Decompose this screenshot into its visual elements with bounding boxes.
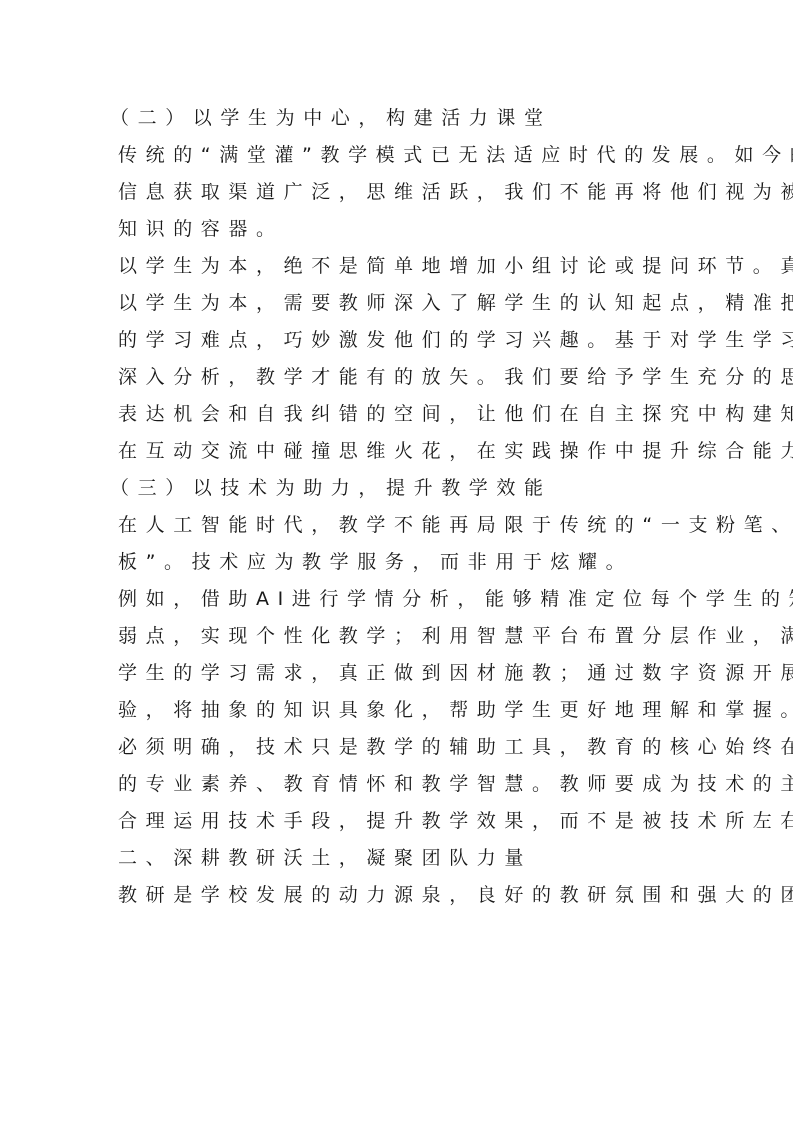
paragraph-line: 学生的学习需求，真正做到因材施教；通过数字资源开展虚拟实 (118, 655, 678, 692)
paragraph-line: 在人工智能时代，教学不能再局限于传统的“一支粉笔、一块黑 (118, 507, 678, 544)
paragraph-line: 以学生为本，绝不是简单地增加小组讨论或提问环节。真正做到 (118, 248, 678, 285)
paragraph-line: 的专业素养、教育情怀和教学智慧。教师要成为技术的主导者， (118, 766, 678, 803)
paragraph-line: 合理运用技术手段，提升教学效果，而不是被技术所左右。 (118, 803, 678, 840)
paragraph-line: 在互动交流中碰撞思维火花，在实践操作中提升综合能力。 (118, 433, 678, 470)
paragraph-line: 必须明确，技术只是教学的辅助工具，教育的核心始终在于教师 (118, 729, 678, 766)
section-heading-2: （二）以学生为中心，构建活力课堂 (110, 100, 678, 137)
section-heading-two: 二、深耕教研沃土，凝聚团队力量 (118, 840, 678, 877)
paragraph-line: 传统的“满堂灌”教学模式已无法适应时代的发展。如今的学生 (118, 137, 678, 174)
paragraph-line: 板”。技术应为教学服务，而非用于炫耀。 (118, 544, 678, 581)
paragraph-line: 教研是学校发展的动力源泉，良好的教研氛围和强大的团队协作 (118, 877, 678, 914)
section-heading-3: （三）以技术为助力，提升教学效能 (110, 470, 678, 507)
paragraph-line: 弱点，实现个性化教学；利用智慧平台布置分层作业，满足不同 (118, 618, 678, 655)
paragraph-line: 信息获取渠道广泛，思维活跃，我们不能再将他们视为被动接受 (118, 174, 678, 211)
document-body: （二）以学生为中心，构建活力课堂 传统的“满堂灌”教学模式已无法适应时代的发展。… (118, 100, 678, 914)
paragraph-line: 验，将抽象的知识具象化，帮助学生更好地理解和掌握。但我们 (118, 692, 678, 729)
paragraph-line: 表达机会和自我纠错的空间，让他们在自主探究中构建知识体系， (118, 396, 678, 433)
document-page: （二）以学生为中心，构建活力课堂 传统的“满堂灌”教学模式已无法适应时代的发展。… (0, 0, 793, 1122)
paragraph-line: 知识的容器。 (118, 211, 678, 248)
paragraph-line: 的学习难点，巧妙激发他们的学习兴趣。基于对学生学习情况的 (118, 322, 678, 359)
paragraph-line: 例如，借助AI进行学情分析，能够精准定位每个学生的知识薄 (118, 581, 678, 618)
paragraph-line: 深入分析，教学才能有的放矢。我们要给予学生充分的思考时间、 (118, 359, 678, 396)
paragraph-line: 以学生为本，需要教师深入了解学生的认知起点，精准把握他们 (118, 285, 678, 322)
